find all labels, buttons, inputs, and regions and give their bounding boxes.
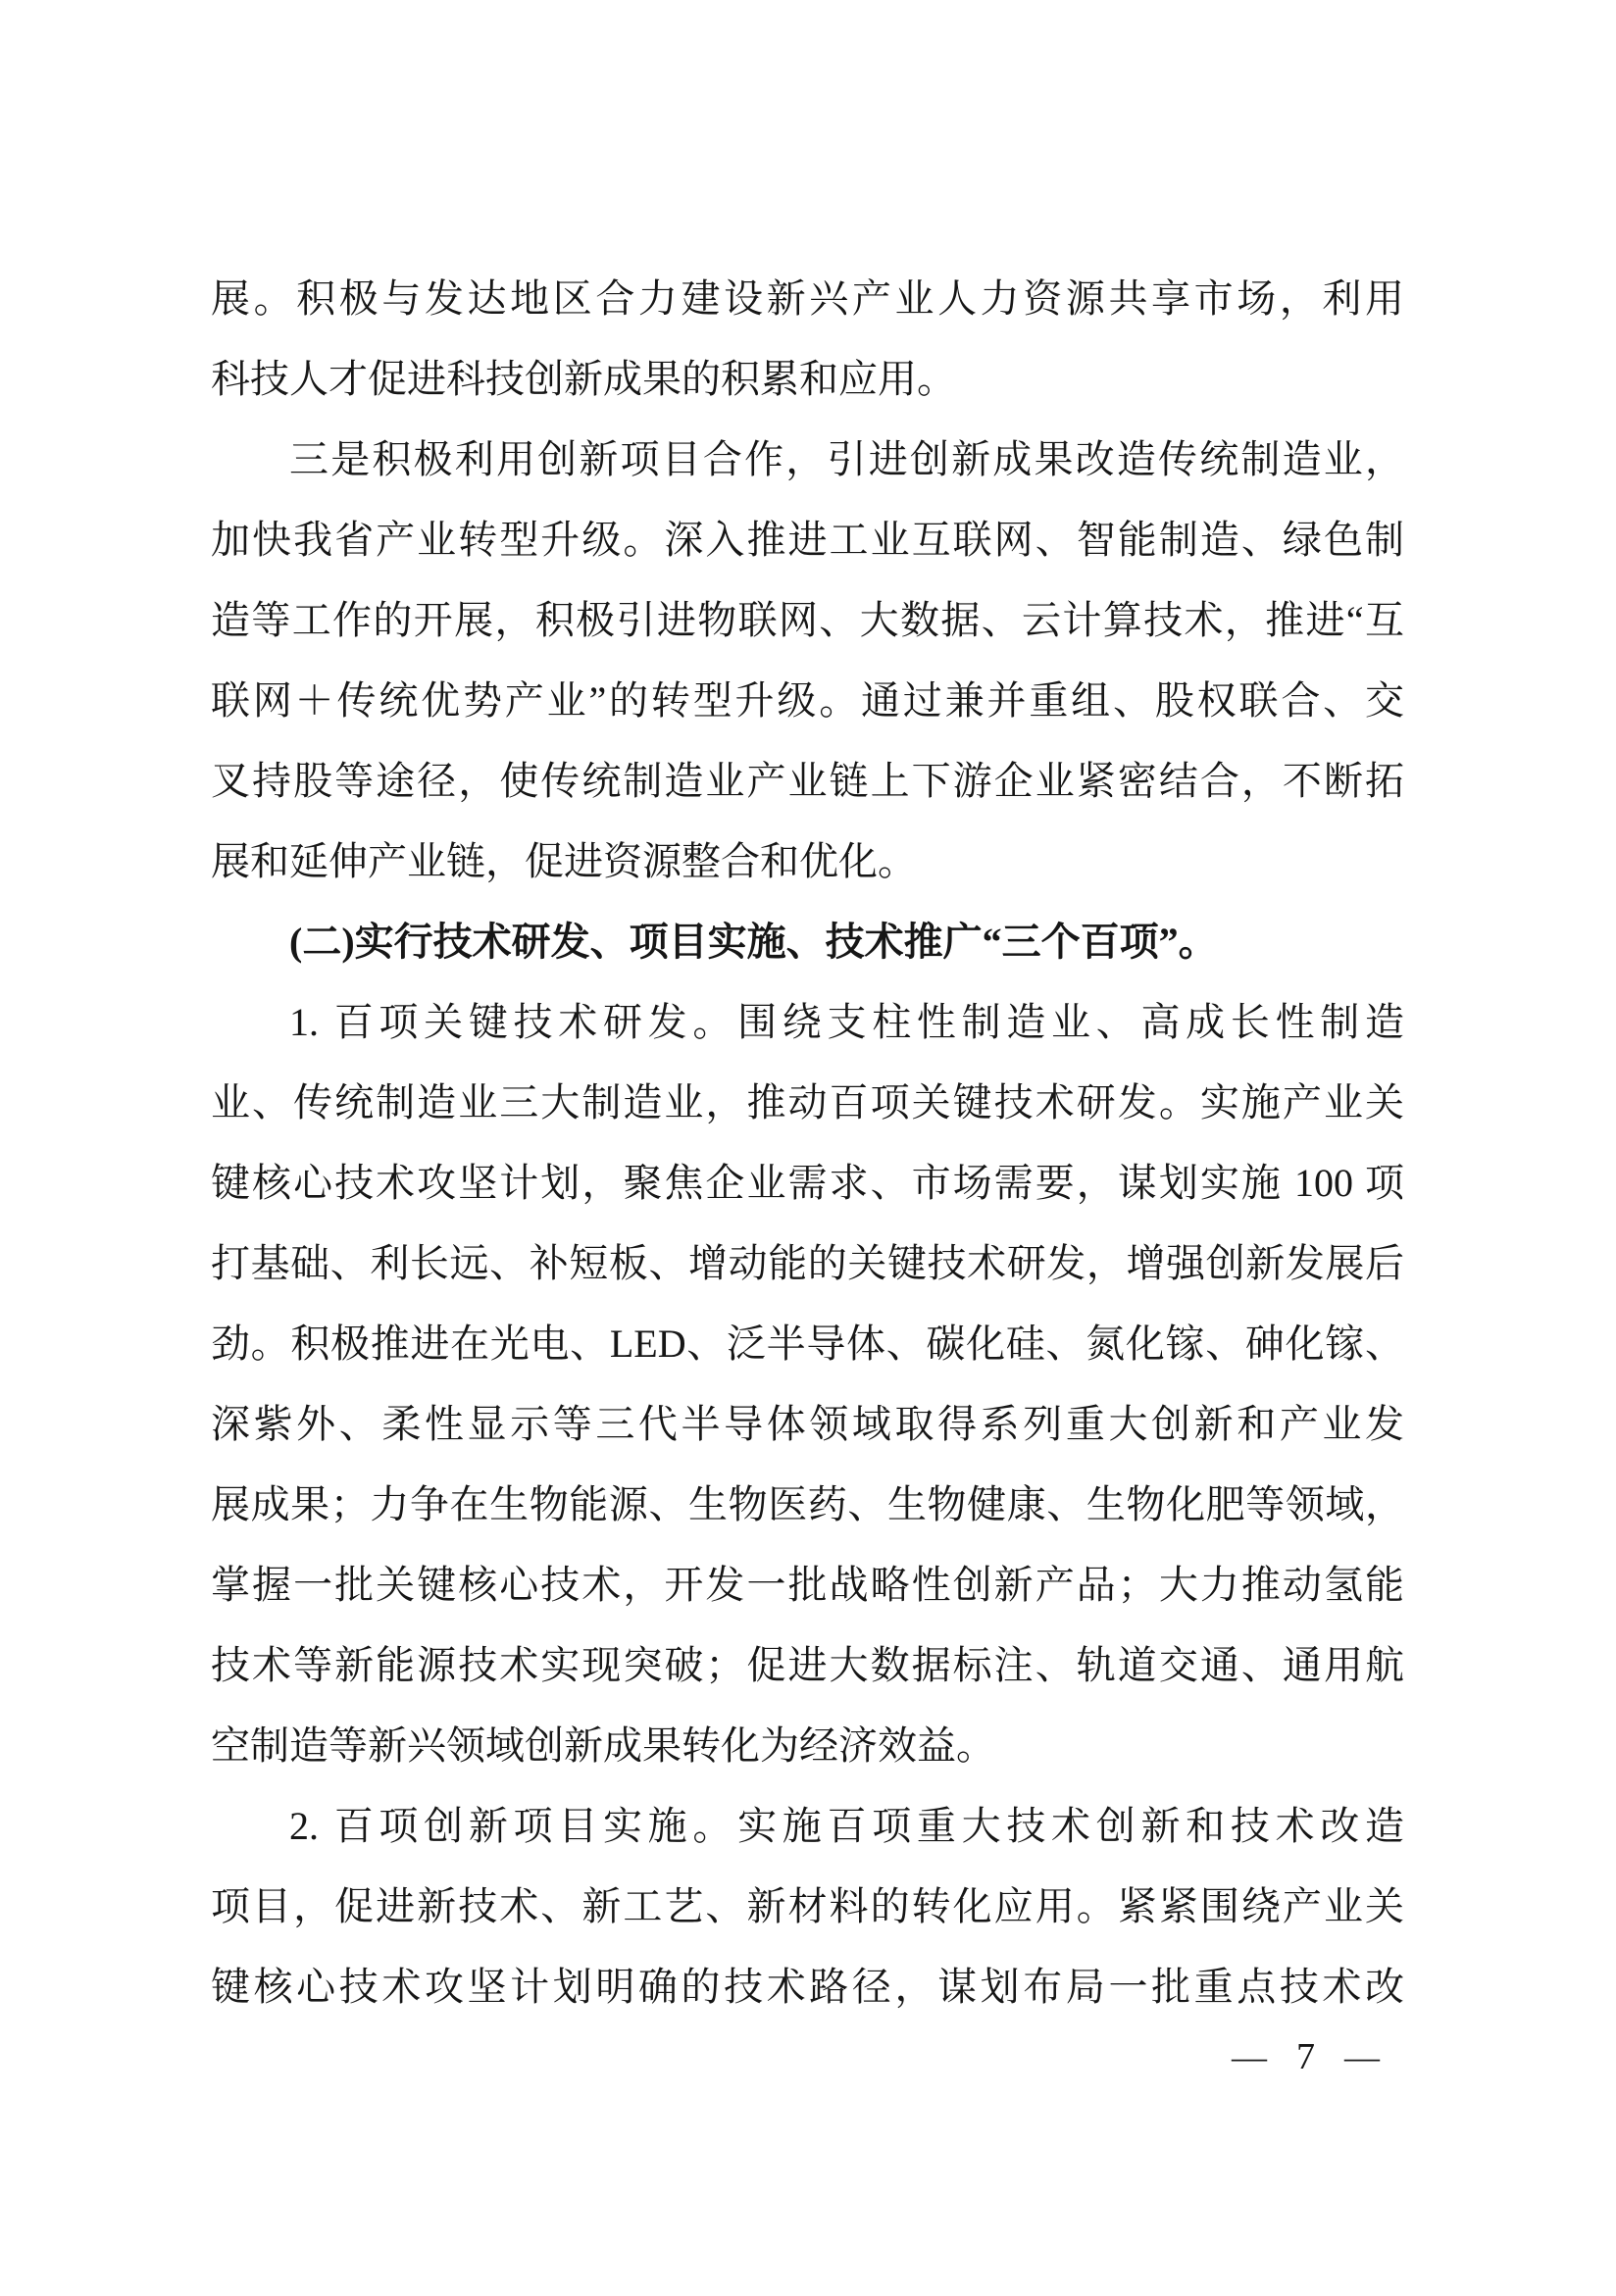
text-line: 技术等新能源技术实现突破；促进大数据标注、轨道交通、通用航: [211, 1625, 1404, 1706]
text-line: 掌握一批关键核心技术，开发一批战略性创新产品；大力推动氢能: [211, 1545, 1404, 1625]
text-line: 2. 百项创新项目实施。实施百项重大技术创新和技术改造: [211, 1786, 1404, 1867]
text-line: 三是积极利用创新项目合作，引进创新成果改造传统制造业，: [211, 420, 1404, 500]
text-line: 项目，促进新技术、新工艺、新材料的转化应用。紧紧围绕产业关: [211, 1867, 1404, 1947]
text-line: 展和延伸产业链，促进资源整合和优化。: [211, 822, 1404, 902]
text-line: 键核心技术攻坚计划明确的技术路径，谋划布局一批重点技术改: [211, 1947, 1404, 2027]
text-line: 展。积极与发达地区合力建设新兴产业人力资源共享市场，利用: [211, 259, 1404, 339]
text-line: 打基础、利长远、补短板、增动能的关键技术研发，增强创新发展后: [211, 1223, 1404, 1304]
text-line: 劲。积极推进在光电、LED、泛半导体、碳化硅、氮化镓、砷化镓、: [211, 1304, 1404, 1384]
text-line: 深紫外、柔性显示等三代半导体领域取得系列重大创新和产业发: [211, 1384, 1404, 1465]
footer-dash-left: —: [1232, 2036, 1267, 2077]
document-page: 展。积极与发达地区合力建设新兴产业人力资源共享市场，利用科技人才促进科技创新成果…: [0, 0, 1616, 2296]
document-text-block: 展。积极与发达地区合力建设新兴产业人力资源共享市场，利用科技人才促进科技创新成果…: [211, 259, 1404, 2027]
text-line: 叉持股等途径，使传统制造业产业链上下游企业紧密结合，不断拓: [211, 741, 1404, 822]
text-line: 1. 百项关键技术研发。围绕支柱性制造业、高成长性制造: [211, 982, 1404, 1063]
text-line: 联网＋传统优势产业”的转型升级。通过兼并重组、股权联合、交: [211, 661, 1404, 741]
page-number: 7: [1296, 2035, 1315, 2078]
text-line: 加快我省产业转型升级。深入推进工业互联网、智能制造、绿色制: [211, 500, 1404, 580]
text-line: (二)实行技术研发、项目实施、技术推广“三个百项”。: [211, 902, 1404, 982]
footer-dash-right: —: [1344, 2036, 1380, 2077]
page-footer: — 7 —: [1232, 2031, 1380, 2082]
text-line: 科技人才促进科技创新成果的积累和应用。: [211, 339, 1404, 420]
text-line: 键核心技术攻坚计划，聚焦企业需求、市场需要，谋划实施 100 项: [211, 1143, 1404, 1223]
text-line: 造等工作的开展，积极引进物联网、大数据、云计算技术，推进“互: [211, 580, 1404, 661]
text-line: 业、传统制造业三大制造业，推动百项关键技术研发。实施产业关: [211, 1063, 1404, 1143]
text-line: 空制造等新兴领域创新成果转化为经济效益。: [211, 1706, 1404, 1786]
text-line: 展成果；力争在生物能源、生物医药、生物健康、生物化肥等领域，: [211, 1465, 1404, 1545]
